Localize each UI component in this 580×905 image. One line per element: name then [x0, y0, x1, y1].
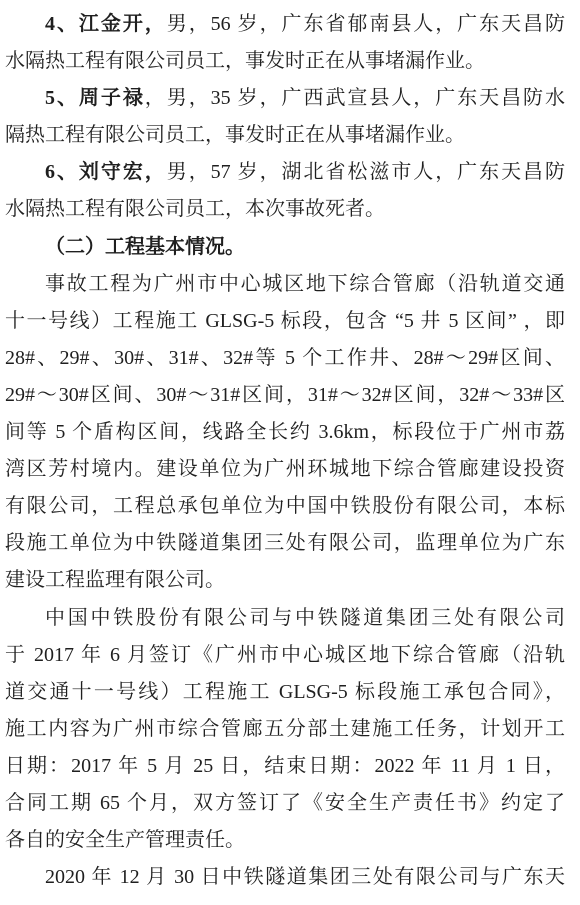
line-bold-text: 4、江金开，: [45, 13, 167, 35]
text-line: 建设工程监理有限公司。: [5, 562, 565, 599]
text-line: 各自的安全生产管理责任。: [5, 822, 565, 859]
text-line: 施工内容为广州市综合管廊五分部土建施工任务，计划开工: [5, 711, 565, 748]
line-bold-text: 5、周子禄: [45, 87, 145, 109]
line-text: 日期：2017 年 5 月 25 日，结束日期：2022 年 11 月 1 日，: [5, 755, 565, 777]
line-bold-text: 6、刘守宏，: [45, 161, 167, 183]
line-text: 水隔热工程有限公司员工，本次事故死者。: [5, 198, 385, 220]
line-text: 2020 年 12 月 30 日中铁隧道集团三处有限公司与广东天: [45, 866, 565, 888]
line-text: 29#～30#区间、30#～31#区间，31#～32#区间，32#～33#区: [5, 384, 565, 406]
text-line: 2020 年 12 月 30 日中铁隧道集团三处有限公司与广东天: [5, 859, 565, 896]
text-line: 事故工程为广州市中心城区地下综合管廊（沿轨道交通: [5, 266, 565, 303]
text-line: （二）工程基本情况。: [5, 229, 565, 266]
line-text: 隔热工程有限公司员工，事发时正在从事堵漏作业。: [5, 124, 465, 146]
text-line: 十一号线）工程施工 GLSG-5 标段，包含 “5 井 5 区间” ，即: [5, 303, 565, 340]
text-line: 段施工单位为中铁隧道集团三处有限公司，监理单位为广东: [5, 525, 565, 562]
text-line: 6、刘守宏，男，57 岁，湖北省松滋市人，广东天昌防: [5, 154, 565, 191]
line-text: 建设工程监理有限公司。: [5, 569, 225, 591]
text-line: 日期：2017 年 5 月 25 日，结束日期：2022 年 11 月 1 日，: [5, 748, 565, 785]
text-line: 水隔热工程有限公司员工，本次事故死者。: [5, 191, 565, 228]
text-line: 湾区芳村境内。建设单位为广州环城地下综合管廊建设投资: [5, 451, 565, 488]
text-line: 合同工期 65 个月，双方签订了《安全生产责任书》约定了: [5, 785, 565, 822]
line-text: 施工内容为广州市综合管廊五分部土建施工任务，计划开工: [5, 718, 565, 740]
text-line: 5、周子禄，男，35 岁，广西武宣县人，广东天昌防水: [5, 80, 565, 117]
line-text: 男，57 岁，湖北省松滋市人，广东天昌防: [167, 161, 565, 183]
text-line: 29#～30#区间、30#～31#区间，31#～32#区间，32#～33#区: [5, 377, 565, 414]
line-text: 男，56 岁，广东省郁南县人，广东天昌防: [167, 13, 565, 35]
text-line: 水隔热工程有限公司员工，事发时正在从事堵漏作业。: [5, 43, 565, 80]
line-text: 各自的安全生产管理责任。: [5, 829, 245, 851]
line-text: 中国中铁股份有限公司与中铁隧道集团三处有限公司: [45, 607, 565, 629]
text-line: 于 2017 年 6 月签订《广州市中心城区地下综合管廊（沿轨: [5, 637, 565, 674]
line-text: 于 2017 年 6 月签订《广州市中心城区地下综合管廊（沿轨: [5, 644, 565, 666]
line-text: ，男，35 岁，广西武宣县人，广东天昌防水: [145, 87, 565, 109]
document-body: 4、江金开，男，56 岁，广东省郁南县人，广东天昌防水隔热工程有限公司员工，事发…: [0, 0, 580, 896]
text-line: 道交通十一号线）工程施工 GLSG-5 标段施工承包合同》，: [5, 674, 565, 711]
text-line: 4、江金开，男，56 岁，广东省郁南县人，广东天昌防: [5, 6, 565, 43]
line-text: 段施工单位为中铁隧道集团三处有限公司，监理单位为广东: [5, 532, 565, 554]
line-text: 间等 5 个盾构区间，线路全长约 3.6km，标段位于广州市荔: [5, 421, 565, 443]
line-text: 合同工期 65 个月，双方签订了《安全生产责任书》约定了: [5, 792, 565, 814]
text-line: 隔热工程有限公司员工，事发时正在从事堵漏作业。: [5, 117, 565, 154]
line-text: 事故工程为广州市中心城区地下综合管廊（沿轨道交通: [45, 273, 565, 295]
line-text: 十一号线）工程施工 GLSG-5 标段，包含 “5 井 5 区间” ，即: [5, 310, 565, 332]
text-line: 有限公司，工程总承包单位为中国中铁股份有限公司，本标: [5, 488, 565, 525]
line-text: 道交通十一号线）工程施工 GLSG-5 标段施工承包合同》，: [5, 681, 565, 703]
document-page: 4、江金开，男，56 岁，广东省郁南县人，广东天昌防水隔热工程有限公司员工，事发…: [0, 0, 580, 905]
line-bold-text: （二）工程基本情况。: [45, 236, 245, 258]
line-text: 湾区芳村境内。建设单位为广州环城地下综合管廊建设投资: [5, 458, 565, 480]
line-text: 28#、29#、30#、31#、32#等 5 个工作井、28#～29#区间、: [5, 347, 565, 369]
text-line: 间等 5 个盾构区间，线路全长约 3.6km，标段位于广州市荔: [5, 414, 565, 451]
line-text: 水隔热工程有限公司员工，事发时正在从事堵漏作业。: [5, 50, 485, 72]
line-text: 有限公司，工程总承包单位为中国中铁股份有限公司，本标: [5, 495, 565, 517]
text-line: 28#、29#、30#、31#、32#等 5 个工作井、28#～29#区间、: [5, 340, 565, 377]
text-line: 中国中铁股份有限公司与中铁隧道集团三处有限公司: [5, 600, 565, 637]
